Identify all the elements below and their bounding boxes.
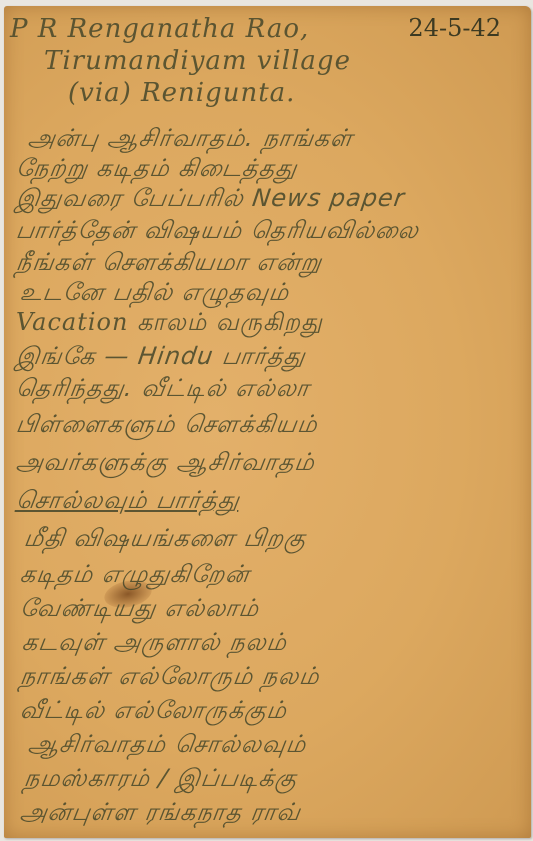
body-line: பார்த்தேன் விஷயம் தெரியவில்லை <box>14 216 421 247</box>
body-line: நீங்கள் சௌக்கியமா என்று <box>14 248 324 279</box>
body-line: கடவுள் அருளால் நலம் <box>20 628 289 659</box>
body-line: நமஸ்காரம் / இப்படிக்கு <box>22 764 299 795</box>
body-line: இதுவரை பேப்பரில் News paper <box>14 184 407 215</box>
body-line: Vacation காலம் வருகிறது <box>16 308 323 339</box>
body-line: நாங்கள் எல்லோரும் நலம் <box>18 662 322 693</box>
body-line: நேற்று கடிதம் கிடைத்தது <box>14 154 299 185</box>
body-line: மீதி விஷயங்களை பிறகு <box>22 524 309 555</box>
body-line: வேண்டியது எல்லாம் <box>18 594 261 625</box>
body-line: சொல்லவும் பார்த்து <box>14 486 242 517</box>
body-line: அன்புள்ள ரங்கநாத ராவ் <box>18 798 303 829</box>
body-line: அன்பு ஆசிர்வாதம். நாங்கள் <box>26 124 355 155</box>
body-line: உடனே பதில் எழுதவும் <box>18 278 292 309</box>
body-line: அவர்களுக்கு ஆசிர்வாதம் <box>14 448 317 479</box>
body-line: பிள்ளைகளும் சௌக்கியம் <box>14 410 320 441</box>
address-line-2: (via) Renigunta. <box>68 78 295 108</box>
body-line: இங்கே — Hindu பார்த்து <box>14 342 308 373</box>
body-line: ஆசிர்வாதம் சொல்லவும் <box>26 730 309 761</box>
letter-date: 24-5-42 <box>408 14 501 42</box>
sender-name: P R Renganatha Rao, <box>10 14 309 44</box>
letter-paper: P R Renganatha Rao, 24-5-42 Tirumandiyam… <box>4 6 531 838</box>
body-line: வீட்டில் எல்லோருக்கும் <box>18 696 289 727</box>
body-line: தெரிந்தது. வீட்டில் எல்லா <box>14 374 312 405</box>
address-line-1: Tirumandiyam village <box>44 46 351 76</box>
body-line: கடிதம் எழுதுகிறேன் <box>18 560 252 591</box>
